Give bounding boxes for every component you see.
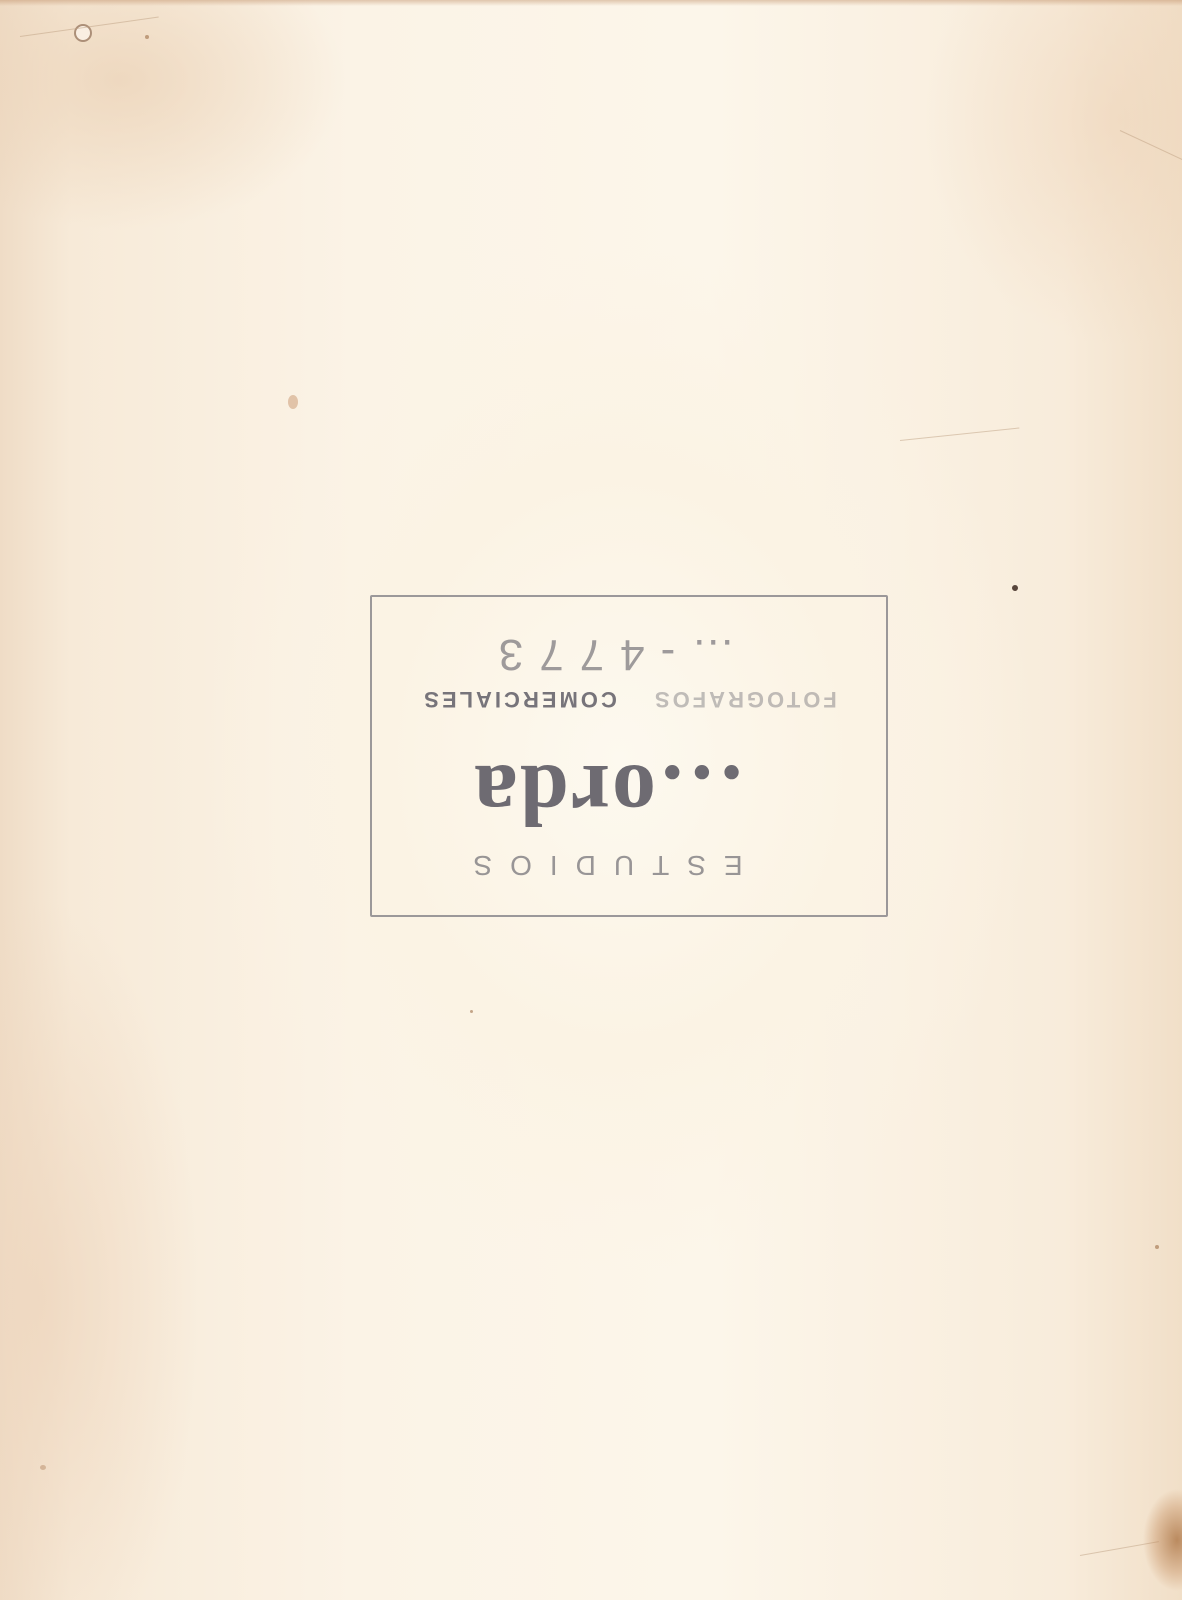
foxing-spot: [1012, 585, 1018, 591]
stamp-subtitle: FOTOGRAFOS COMERCIALES: [370, 686, 888, 712]
stamp-comerciales-text: COMERCIALES: [421, 687, 617, 712]
corner-stain: [1132, 1480, 1182, 1600]
foxing-spot: [1155, 1245, 1159, 1249]
stamp-fotografos-text: FOTOGRAFOS: [652, 687, 837, 712]
foxing-spot: [288, 395, 298, 409]
top-edge-wear: [0, 0, 1182, 6]
stamp-phone-number: …-4773: [370, 629, 888, 679]
stamp-studio-name: …orda: [370, 744, 888, 845]
foxing-spot: [40, 1465, 46, 1470]
crease: [900, 427, 1019, 441]
studio-stamp: ESTUDIOS …orda FOTOGRAFOS COMERCIALES …-…: [370, 595, 888, 917]
stamp-studios-text: ESTUDIOS: [370, 849, 888, 881]
foxing-spot: [470, 1010, 473, 1013]
photo-back: ESTUDIOS …orda FOTOGRAFOS COMERCIALES …-…: [0, 0, 1182, 1600]
foxing-spot: [145, 35, 149, 39]
crease: [1120, 130, 1182, 160]
